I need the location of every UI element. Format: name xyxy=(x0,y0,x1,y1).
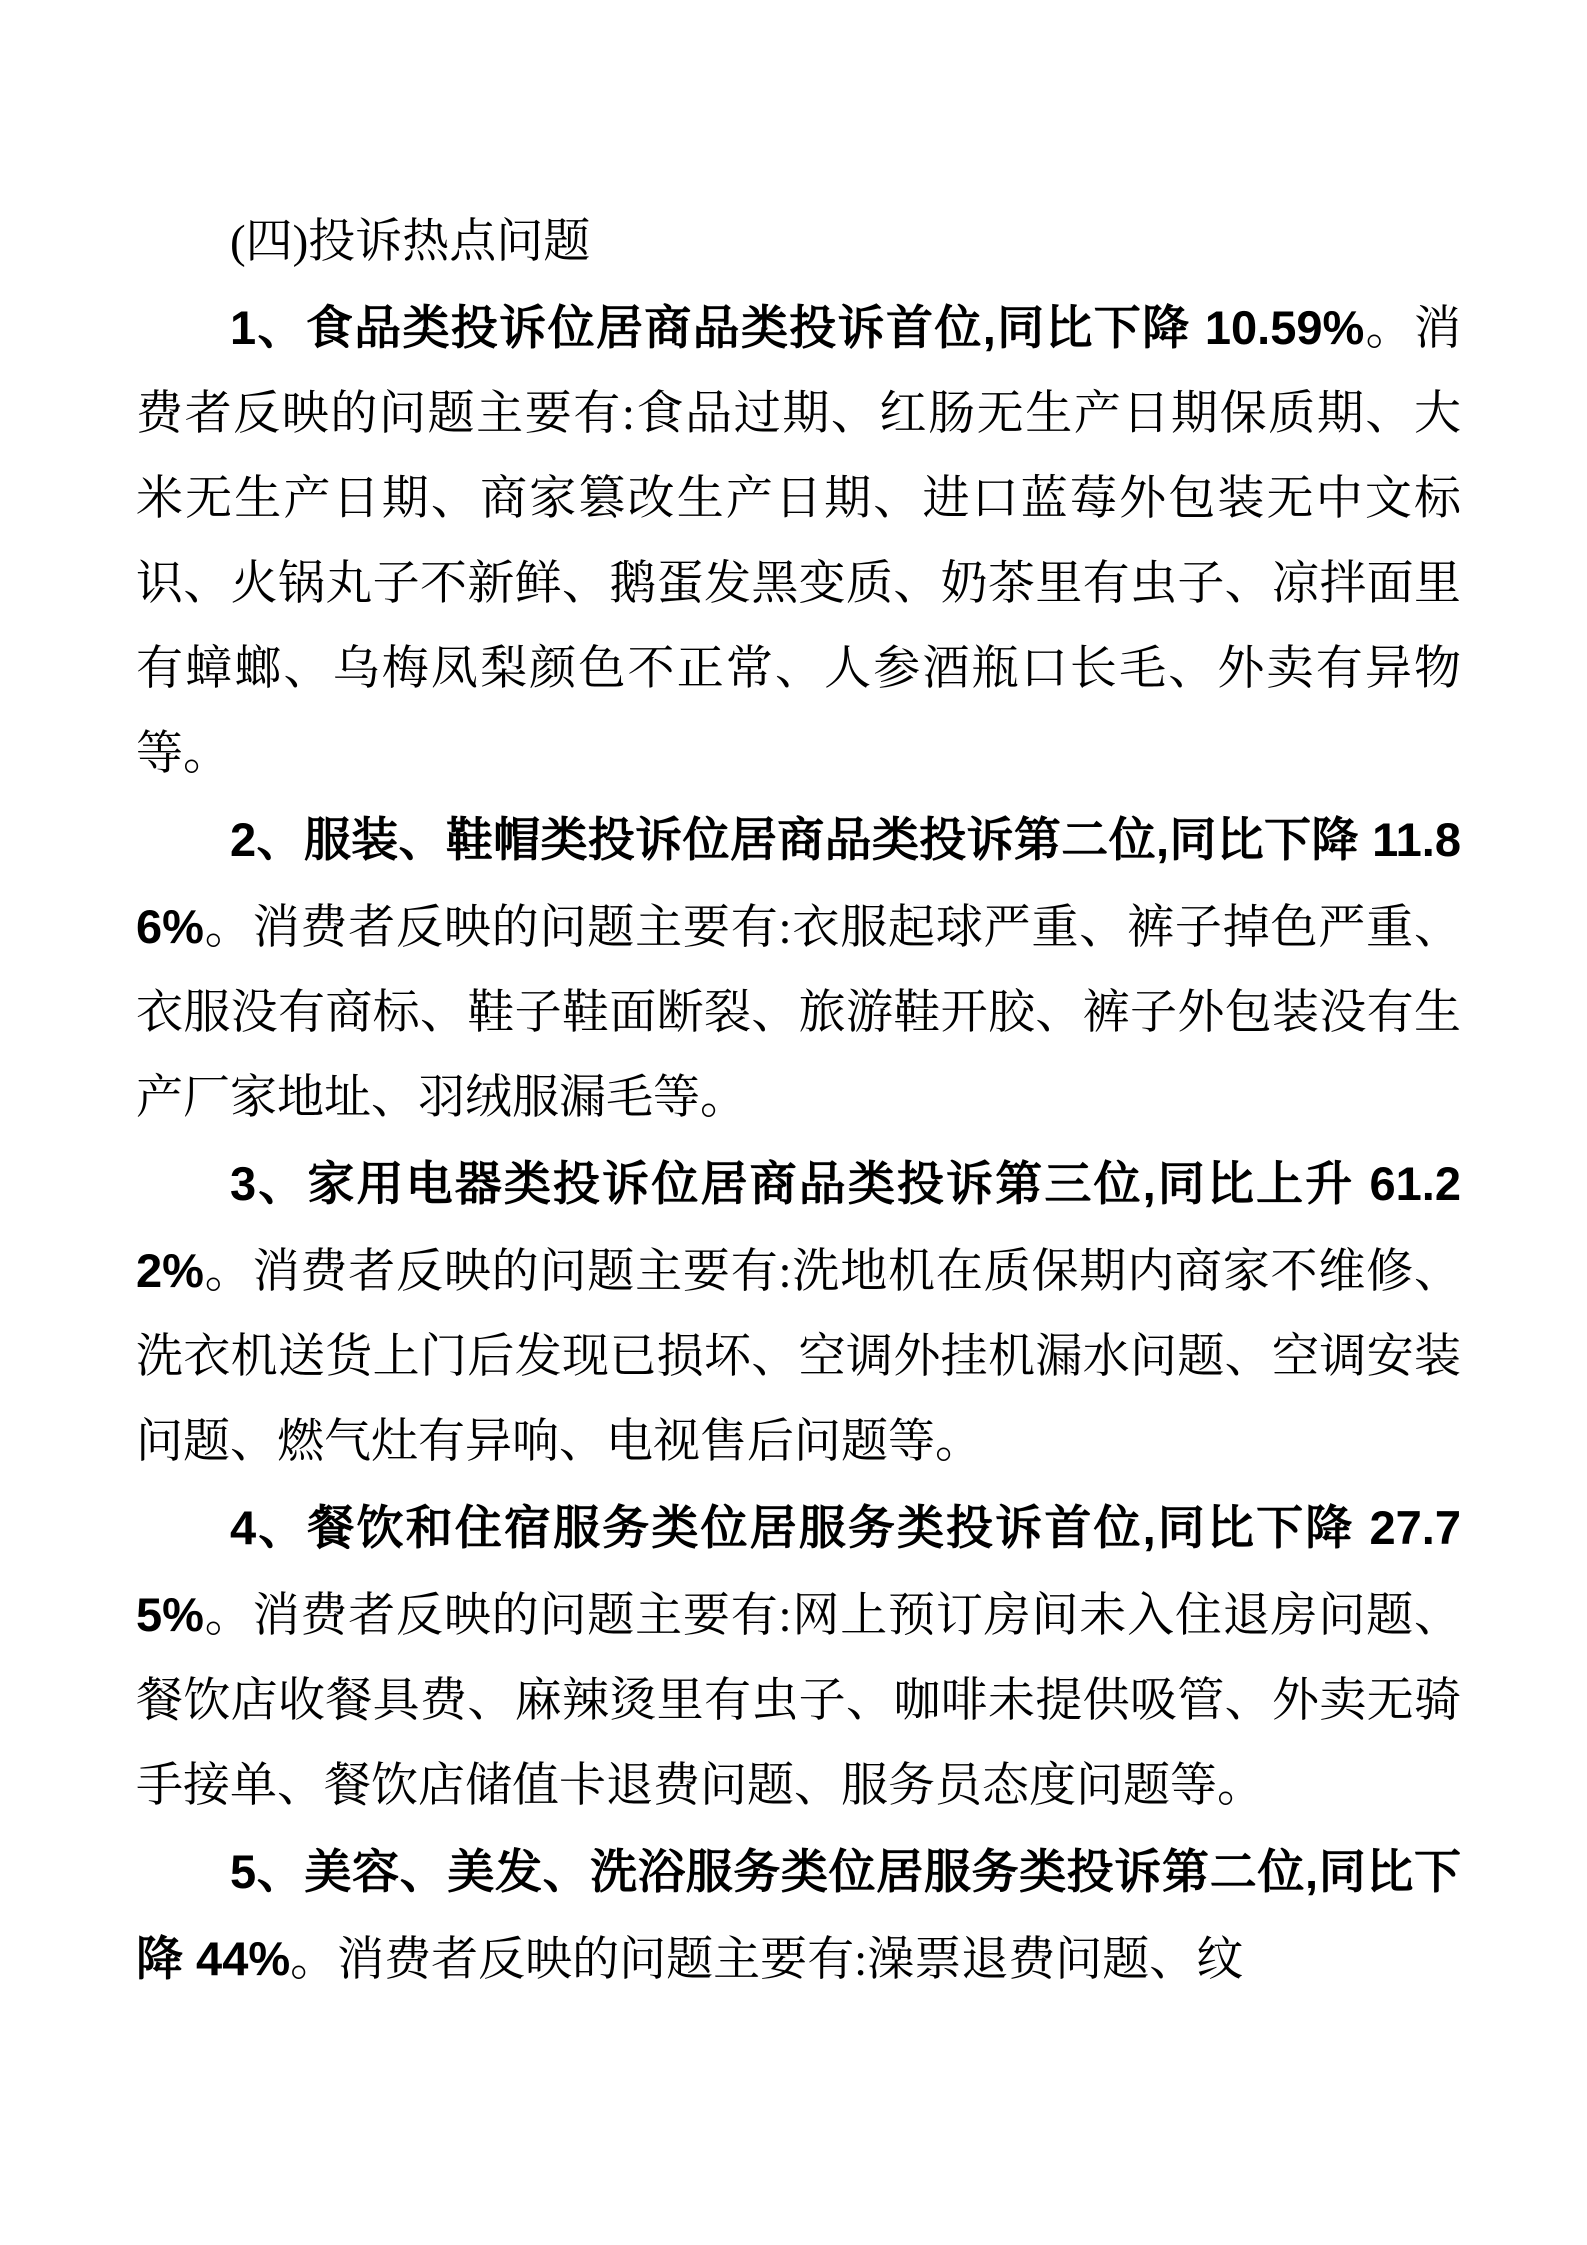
paragraph-beauty-bath-complaints: 5、美容、美发、洗浴服务类位居服务类投诉第二位,同比下降 44%。消费者反映的问… xyxy=(136,1829,1461,2003)
paragraph-appliance-complaints-body: 。消费者反映的问题主要有:洗地机在质保期内商家不维修、洗衣机送货上门后发现已损坏… xyxy=(136,1246,1461,1468)
paragraph-catering-lodging-complaints: 4、餐饮和住宿服务类位居服务类投诉首位,同比下降 27.75%。消费者反映的问题… xyxy=(136,1485,1461,1829)
document-body: (四)投诉热点问题 1、食品类投诉位居商品类投诉首位,同比下降 10.59%。消… xyxy=(136,200,1461,2003)
paragraph-catering-lodging-complaints-body: 。消费者反映的问题主要有:网上预订房间未入住退房问题、餐饮店收餐具费、麻辣烫里有… xyxy=(136,1590,1461,1812)
paragraph-food-complaints-body: 。消费者反映的问题主要有:食品过期、红肠无生产日期保质期、大米无生产日期、商家篡… xyxy=(136,303,1461,780)
section-heading: (四)投诉热点问题 xyxy=(136,200,1461,285)
paragraph-appliance-complaints: 3、家用电器类投诉位居商品类投诉第三位,同比上升 61.22%。消费者反映的问题… xyxy=(136,1141,1461,1485)
paragraph-food-complaints-lead: 1、食品类投诉位居商品类投诉首位,同比下降 10.59% xyxy=(230,301,1364,354)
document-page: (四)投诉热点问题 1、食品类投诉位居商品类投诉首位,同比下降 10.59%。消… xyxy=(0,0,1587,2245)
paragraph-clothing-complaints: 2、服装、鞋帽类投诉位居商品类投诉第二位,同比下降 11.86%。消费者反映的问… xyxy=(136,797,1461,1141)
paragraph-beauty-bath-complaints-body: 。消费者反映的问题主要有:澡票退费问题、纹 xyxy=(290,1934,1243,1986)
paragraph-food-complaints: 1、食品类投诉位居商品类投诉首位,同比下降 10.59%。消费者反映的问题主要有… xyxy=(136,285,1461,797)
paragraph-clothing-complaints-body: 。消费者反映的问题主要有:衣服起球严重、裤子掉色严重、衣服没有商标、鞋子鞋面断裂… xyxy=(136,902,1461,1124)
